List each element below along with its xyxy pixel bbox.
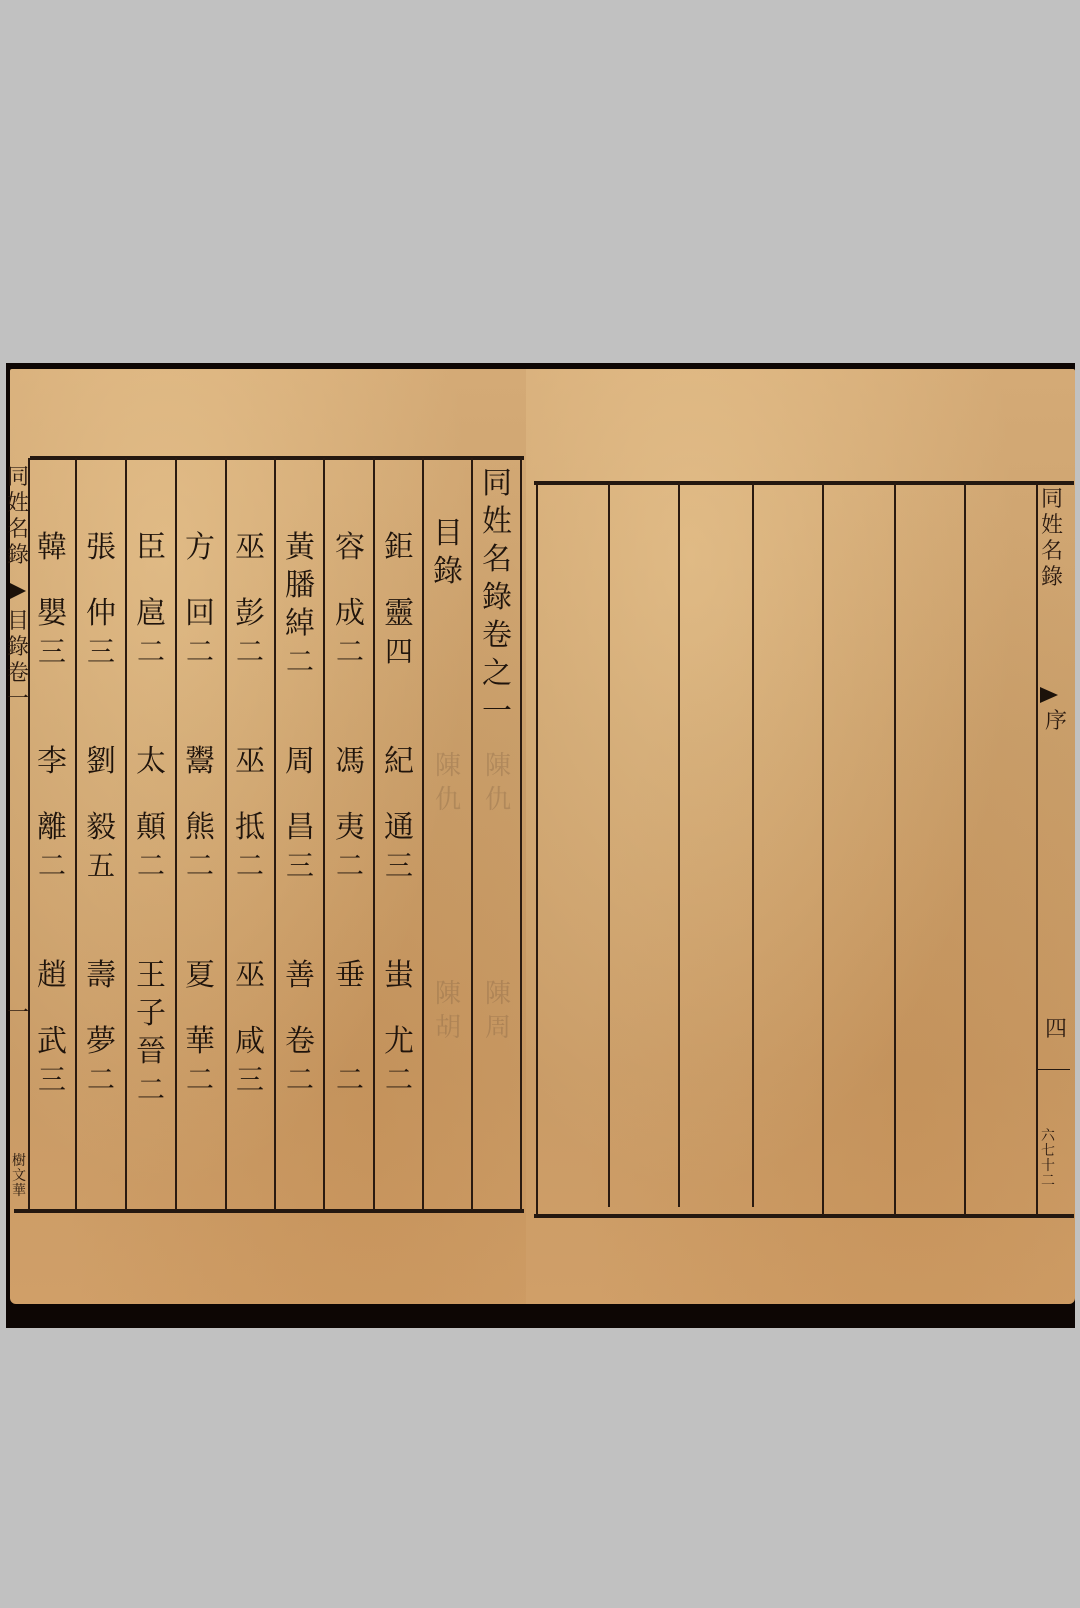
entry-count: 四 [385,633,413,671]
column-rule [75,458,77,1210]
entry-name: 仲 [86,595,116,633]
entry-name: 鬻 [185,743,215,781]
entry-name: 李 [37,743,67,781]
toc-column-7: 張 仲 三 劉 毅 五 壽 夢 二 [78,529,124,1099]
entry-name: 臣 [136,529,166,567]
entry-name: 王 [136,957,166,995]
entry-name: 抵 [235,809,265,847]
toc-column-4: 巫 彭 二 巫 抵 二 巫 咸 三 [227,529,273,1099]
entry-count: 三 [236,1061,264,1099]
column-rule [536,483,538,1215]
entry-count: 三 [385,847,413,885]
fishtail-mark [10,583,26,599]
entry-name: 華 [185,1023,215,1061]
entry-name: 紀 [384,743,414,781]
entry-count: 二 [286,643,314,681]
column-rule [471,458,473,1210]
entry-name: 嬰 [37,595,67,633]
toc-column-2: 容 成 二 馮 夷 二 垂 二 [327,529,373,1099]
bottom-border-rule [534,1214,1074,1218]
entry-name: 巫 [235,529,265,567]
column-rule [964,483,966,1215]
column-rule [125,458,127,1210]
entry-name: 子 [136,995,166,1033]
margin-page-number: 六 七 十 二 [1040,1129,1056,1189]
entry-count: 二 [385,1061,413,1099]
entry-name: 成 [335,595,365,633]
entry-name: 回 [185,595,215,633]
entry-name: 周 [285,743,315,781]
column-rule [752,483,754,1207]
entry-name: 韓 [37,529,67,567]
entry-name: 離 [37,809,67,847]
entry-name: 善 [285,957,315,995]
fishtail-mark [1040,687,1058,703]
entry-name: 尤 [384,1023,414,1061]
entry-name: 夢 [86,1023,116,1061]
entry-name: 巫 [235,743,265,781]
column-rule [822,483,824,1215]
entry-count: 二 [186,847,214,885]
entry-count: 二 [87,1061,115,1099]
entry-name: 武 [37,1023,67,1061]
top-border-rule [534,481,1074,485]
entry-name: 太 [136,743,166,781]
entry-name: 張 [86,529,116,567]
entry-count: 三 [38,1061,66,1099]
entry-name: 馮 [335,743,365,781]
entry-count: 二 [286,1061,314,1099]
margin-book-title: 同 姓 名 錄 [1040,487,1064,591]
entry-name: 容 [335,529,365,567]
column-rule [678,483,680,1207]
entry-name: 毅 [86,809,116,847]
entry-name: 方 [185,529,215,567]
entry-name: 彭 [235,595,265,633]
margin-chapter: 目 錄 卷 一 [8,609,28,713]
volume-title: 同 姓 名 錄 卷 之 一 [476,465,518,731]
right-page: 同 姓 名 錄 序 四 六 七 十 二 [526,369,1075,1304]
margin-chapter: 序 [1044,709,1068,735]
entry-name: 趙 [37,957,67,995]
entry-name: 熊 [185,809,215,847]
entry-count: 三 [286,847,314,885]
entry-name: 綽 [285,605,315,643]
book-scan: 同 姓 名 錄 卷 之 一 目 錄 陳 仇 陳 胡 陳 仇 陳 周 [6,363,1075,1328]
column-rule [1036,483,1038,1215]
entry-count: 二 [186,1061,214,1099]
entry-count: 二 [336,633,364,671]
entry-name: 巫 [235,957,265,995]
margin-divider [1038,1069,1070,1070]
toc-column-5: 方 回 二 鬻 熊 二 夏 華 二 [177,529,223,1099]
entry-name: 夏 [185,957,215,995]
entry-name: 膰 [285,567,315,605]
bottom-border-rule [14,1209,524,1213]
entry-count: 二 [236,633,264,671]
entry-count: 二 [236,847,264,885]
entry-name: 晉 [136,1033,166,1071]
column-rule [520,458,522,1210]
toc-column-3: 黃 膰 綽 二 周 昌 三 善 卷 二 [277,529,323,1099]
entry-count: 二 [137,847,165,885]
column-rule [323,458,325,1210]
section-heading: 目 錄 [426,515,470,591]
top-border-rule [30,456,524,460]
column-rule [608,483,610,1207]
entry-name: 壽 [86,957,116,995]
entry-count: 二 [186,633,214,671]
entry-name: 扈 [136,595,166,633]
entry-count: 二 [38,847,66,885]
column-rule [274,458,276,1210]
entry-count: 五 [87,847,115,885]
margin-mark: 四 [1044,1017,1068,1043]
column-rule [894,483,896,1215]
bleed-through-text: 陳 仇 陳 周 [478,749,518,1045]
toc-column-8: 韓 嬰 三 李 離 二 趙 武 三 [30,529,74,1099]
entry-name: 通 [384,809,414,847]
entry-name: 夷 [335,809,365,847]
entry-count: 三 [87,633,115,671]
entry-count: 二 [137,1071,165,1109]
entry-name: 咸 [235,1023,265,1061]
column-rule [373,458,375,1210]
entry-name: 黃 [285,529,315,567]
entry-name: 昌 [285,809,315,847]
margin-book-title: 同 姓 名 錄 [8,465,28,569]
entry-name: 鉅 [384,529,414,567]
entry-name: 靈 [384,595,414,633]
left-page: 同 姓 名 錄 卷 之 一 目 錄 陳 仇 陳 胡 陳 仇 陳 周 [10,369,526,1304]
margin-page-number: 一 [8,1001,28,1027]
toc-column-1: 鉅 靈 四 紀 通 三 蚩 尤 二 [376,529,422,1099]
entry-count: 三 [38,633,66,671]
entry-count: 二 [137,633,165,671]
bleed-through-text: 陳 仇 陳 胡 [428,749,468,1045]
entry-name: 卷 [285,1023,315,1061]
margin-studio-mark: 樹 文 華 [12,1154,26,1199]
entry-name: 蚩 [384,957,414,995]
entry-count: 二 [336,1061,364,1099]
column-rule [422,458,424,1210]
entry-count: 二 [336,847,364,885]
entry-name: 垂 [335,957,365,995]
toc-column-6: 臣 扈 二 太 顛 二 王 子 晉 二 [128,529,174,1109]
entry-name: 劉 [86,743,116,781]
entry-name: 顛 [136,809,166,847]
